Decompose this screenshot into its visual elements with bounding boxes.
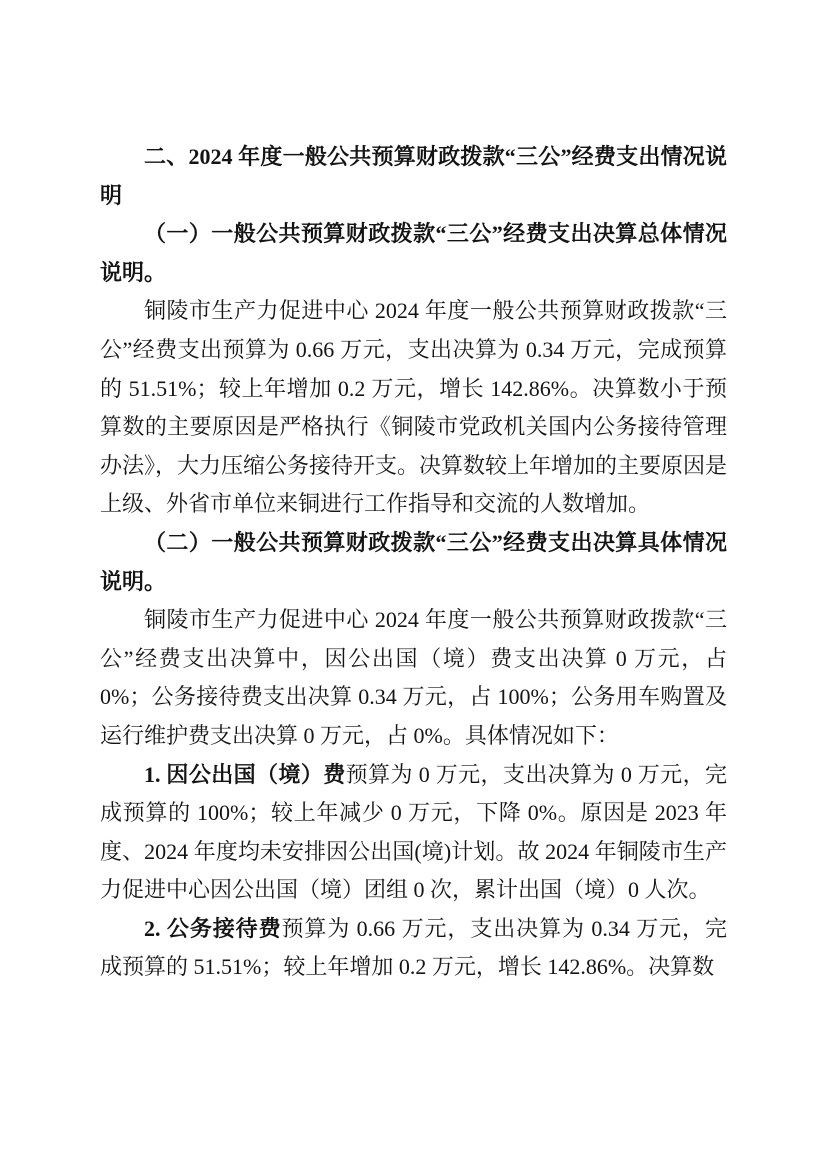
paragraph-text: 铜陵市生产力促进中心 2024 年度一般公共预算财政拨款“三公”经费支出预算为 … — [100, 298, 727, 516]
subsection-heading-specific-situation: （二）一般公共预算财政拨款“三公”经费支出决算具体情况说明。 — [100, 524, 727, 601]
paragraph-item-2-official-reception: 2. 公务接待费预算为 0.66 万元，支出决算为 0.34 万元，完成预算的 … — [100, 910, 727, 987]
paragraph-text: 铜陵市生产力促进中心 2024 年度一般公共预算财政拨款“三公”经费支出决算中，… — [100, 607, 727, 748]
subsection-heading-overall-situation: （一）一般公共预算财政拨款“三公”经费支出决算总体情况说明。 — [100, 215, 727, 292]
item-1-bold-lead: 1. 因公出国（境）费 — [144, 762, 346, 787]
paragraph-overall-explanation: 铜陵市生产力促进中心 2024 年度一般公共预算财政拨款“三公”经费支出预算为 … — [100, 292, 727, 524]
section-heading-three-public-expenses: 二、2024 年度一般公共预算财政拨款“三公”经费支出情况说明 — [100, 138, 727, 215]
paragraph-specific-overview: 铜陵市生产力促进中心 2024 年度一般公共预算财政拨款“三公”经费支出决算中，… — [100, 601, 727, 755]
paragraph-item-1-overseas-travel: 1. 因公出国（境）费预算为 0 万元，支出决算为 0 万元，完成预算的 100… — [100, 756, 727, 910]
document-page: 二、2024 年度一般公共预算财政拨款“三公”经费支出情况说明 （一）一般公共预… — [0, 0, 826, 1169]
item-2-bold-lead: 2. 公务接待费 — [144, 916, 282, 941]
